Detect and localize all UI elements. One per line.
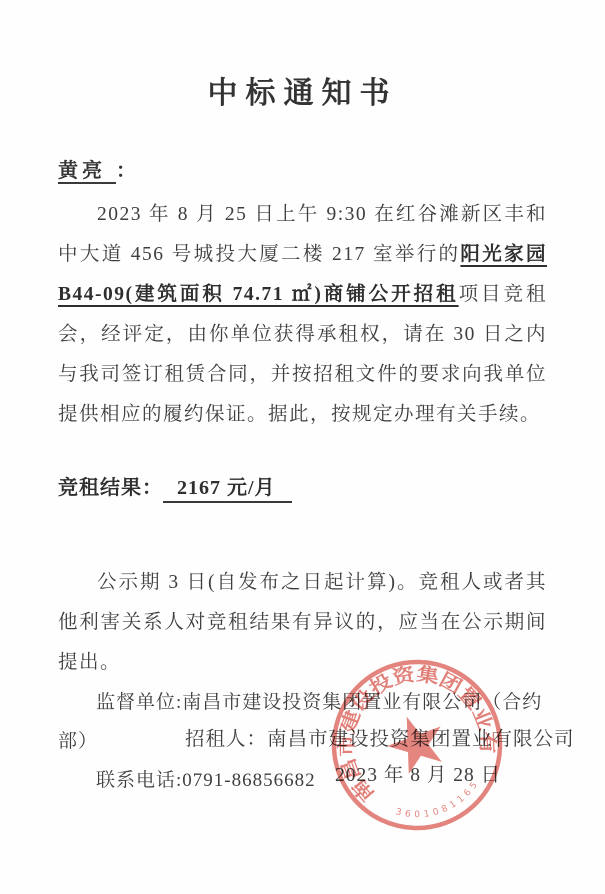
issuer-line: 招租人：南昌市建设投资集团置业有限公司 — [0, 722, 605, 758]
signature-block: 招租人：南昌市建设投资集团置业有限公司 2023 年 8 月 28 日 — [0, 722, 605, 794]
result-label: 竞租结果： — [58, 477, 163, 499]
date-line: 2023 年 8 月 28 日 — [0, 758, 605, 794]
body-paragraph: 2023 年 8 月 25 日上午 9:30 在红谷滩新区丰和中大道 456 号… — [58, 195, 547, 435]
salutation-name: 黄亮 — [58, 160, 116, 184]
salutation-colon: ： — [116, 160, 136, 182]
result-value: 2167 元/月 — [163, 471, 292, 503]
public-notice-paragraph: 公示期 3 日(自发布之日起计算)。竞租人或者其他利害关系人对竞租结果有异议的，… — [58, 563, 547, 683]
salutation-line: 黄亮： — [58, 154, 547, 183]
document-title: 中标通知书 — [58, 0, 547, 112]
document-page: 中标通知书 黄亮： 2023 年 8 月 25 日上午 9:30 在红谷滩新区丰… — [0, 0, 605, 894]
body-text-segment-2: 项目竞租会，经评定，由你单位获得承租权，请在 30 日之内与我司签订租赁合同，并… — [58, 284, 547, 425]
result-line: 竞租结果：2167 元/月 — [58, 471, 547, 503]
